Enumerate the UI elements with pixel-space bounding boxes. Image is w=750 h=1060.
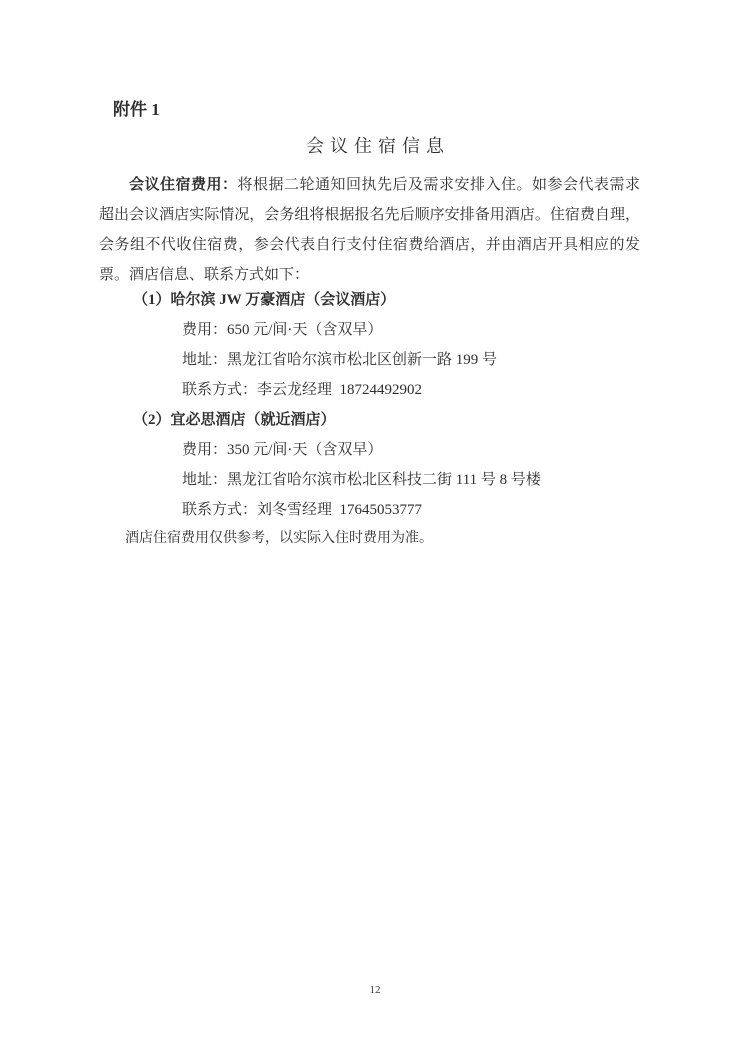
intro-line-3: 会务组不代收住宿费，参会代表自行支付住宿费给酒店，并由酒店开具相应的发 [99, 230, 640, 260]
hotel-2-contact-value: 刘冬雪经理 17645053777 [257, 502, 422, 518]
hotel-1-fee-label: 费用： [182, 322, 227, 338]
intro-line-2: 超出会议酒店实际情况，会务组将根据报名先后顺序安排备用酒店。住宿费自理， [99, 200, 640, 230]
intro-line-1-text: 将根据二轮通知回执先后及需求安排入住。如参会代表需求 [238, 177, 640, 193]
hotel-item-1: （1）哈尔滨 JW 万豪酒店（会议酒店） 费用：650 元/间·天（含双早） 地… [99, 285, 659, 405]
hotel-list: （1）哈尔滨 JW 万豪酒店（会议酒店） 费用：650 元/间·天（含双早） 地… [99, 285, 659, 525]
hotel-2-name: 宜必思酒店（就近酒店） [171, 412, 336, 428]
hotel-1-name: 哈尔滨 JW 万豪酒店（会议酒店） [171, 292, 396, 308]
hotel-2-address-label: 地址： [182, 472, 227, 488]
document-page: 附件 1 会议住宿信息 会议住宿费用：将根据二轮通知回执先后及需求安排入住。如参… [0, 0, 750, 1060]
hotel-1-contact-value: 李云龙经理 18724492902 [257, 382, 422, 398]
hotel-1-fee-value: 650 元/间·天（含双早） [227, 322, 382, 338]
hotel-2-heading: （2）宜必思酒店（就近酒店） [133, 405, 659, 435]
hotel-item-2: （2）宜必思酒店（就近酒店） 费用：350 元/间·天（含双早） 地址：黑龙江省… [99, 405, 659, 525]
intro-lead: 会议住宿费用： [129, 177, 238, 193]
hotel-1-number: （1） [133, 292, 171, 308]
page-number: 12 [0, 983, 750, 997]
hotel-1-contact-line: 联系方式：李云龙经理 18724492902 [182, 375, 659, 405]
hotel-1-heading: （1）哈尔滨 JW 万豪酒店（会议酒店） [133, 285, 659, 315]
hotel-1-fee-line: 费用：650 元/间·天（含双早） [182, 315, 659, 345]
intro-paragraph: 会议住宿费用：将根据二轮通知回执先后及需求安排入住。如参会代表需求 超出会议酒店… [99, 170, 640, 290]
hotel-2-contact-line: 联系方式：刘冬雪经理 17645053777 [182, 495, 659, 525]
hotel-1-address-line: 地址：黑龙江省哈尔滨市松北区创新一路 199 号 [182, 345, 659, 375]
intro-line-1: 会议住宿费用：将根据二轮通知回执先后及需求安排入住。如参会代表需求 [99, 170, 640, 200]
hotel-2-address-value: 黑龙江省哈尔滨市松北区科技二街 111 号 8 号楼 [227, 472, 541, 488]
hotel-1-address-value: 黑龙江省哈尔滨市松北区创新一路 199 号 [227, 352, 497, 368]
hotel-1-contact-label: 联系方式： [182, 382, 257, 398]
attachment-label: 附件 1 [113, 97, 160, 123]
hotel-2-fee-label: 费用： [182, 442, 227, 458]
hotel-2-fee-line: 费用：350 元/间·天（含双早） [182, 435, 659, 465]
hotel-2-contact-label: 联系方式： [182, 502, 257, 518]
note-line: 酒店住宿费用仅供参考，以实际入住时费用为准。 [125, 524, 433, 554]
hotel-2-address-line: 地址：黑龙江省哈尔滨市松北区科技二街 111 号 8 号楼 [182, 465, 659, 495]
hotel-2-fee-value: 350 元/间·天（含双早） [227, 442, 382, 458]
page-title: 会议住宿信息 [0, 133, 750, 159]
hotel-2-number: （2） [133, 412, 171, 428]
hotel-1-address-label: 地址： [182, 352, 227, 368]
